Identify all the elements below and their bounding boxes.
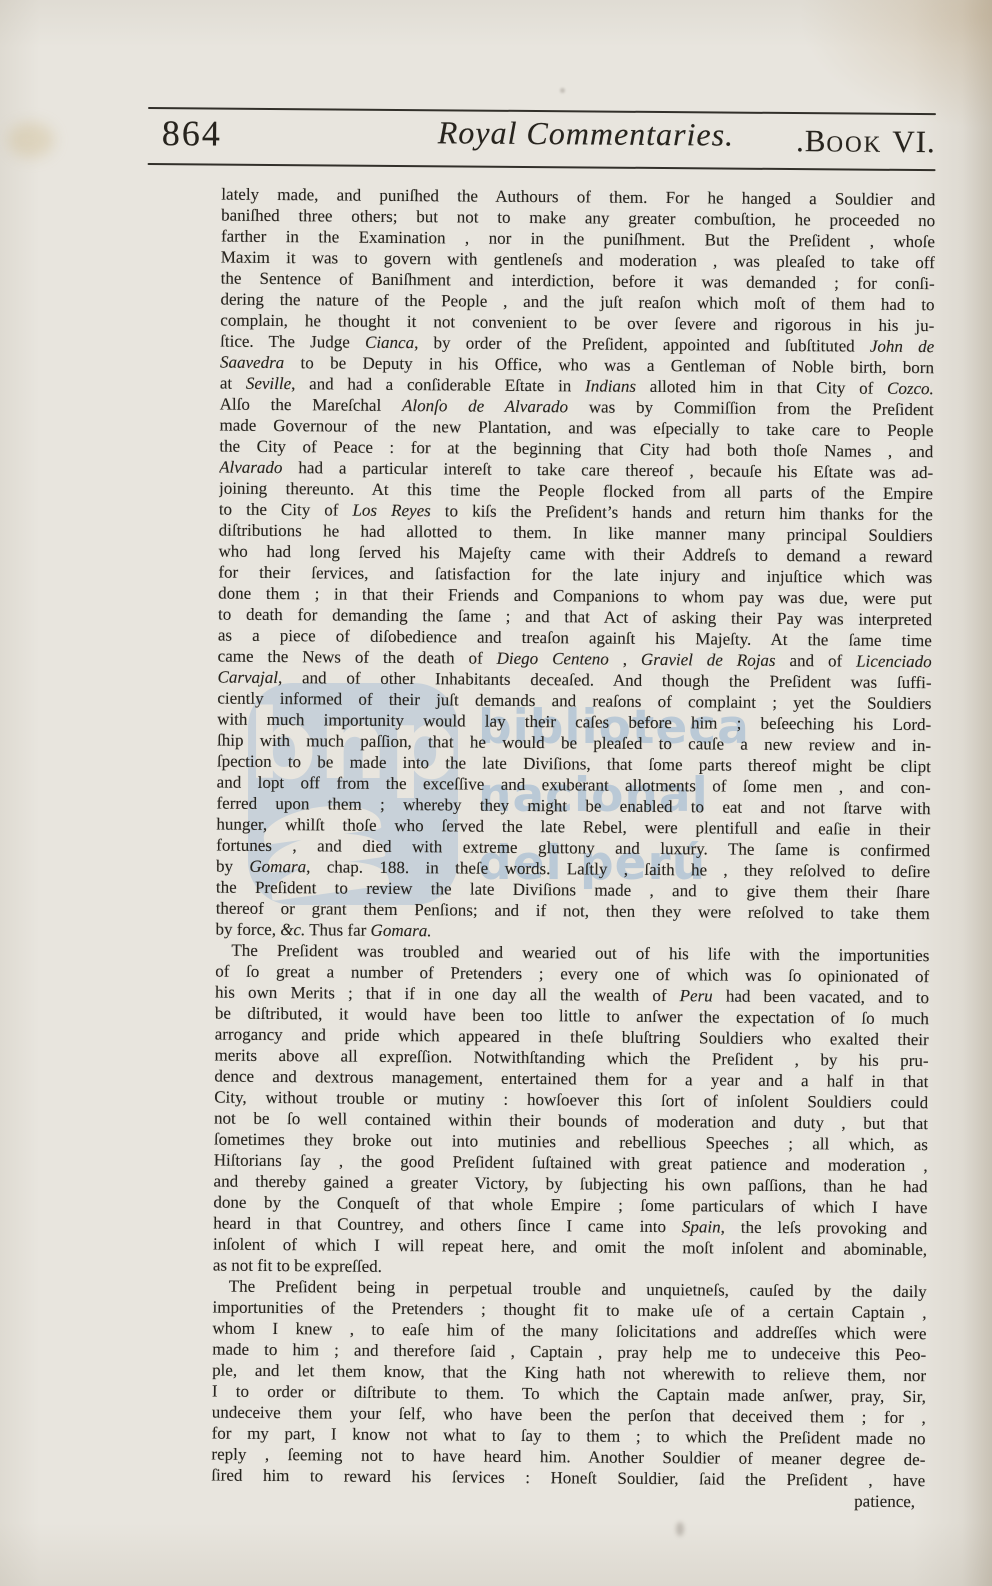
paragraph: lately made, and puniſhed the Authours o… (215, 184, 935, 946)
body-text: lately made, and puniſhed the Authours o… (211, 184, 935, 1513)
book-page-scan: bnp biblioteca nacional del perú 864 Roy… (0, 0, 992, 1586)
running-title: Royal Commentaries. (438, 114, 735, 153)
header-rule-top (148, 107, 936, 115)
book-label-prefix: .B (796, 123, 827, 158)
paragraph: The Preſident was troubled and wearied o… (213, 940, 930, 1282)
book-label-smallcaps: OOK (826, 131, 882, 156)
book-label-numeral: VI. (892, 124, 936, 159)
book-label: .BOOKVI. (796, 123, 936, 160)
printed-content: 864 Royal Commentaries. .BOOKVI. lately … (0, 0, 992, 1586)
page-number: 864 (162, 112, 222, 154)
header-rule-bottom (148, 163, 936, 171)
paragraph: The Preſident being in perpetual trouble… (211, 1276, 927, 1492)
